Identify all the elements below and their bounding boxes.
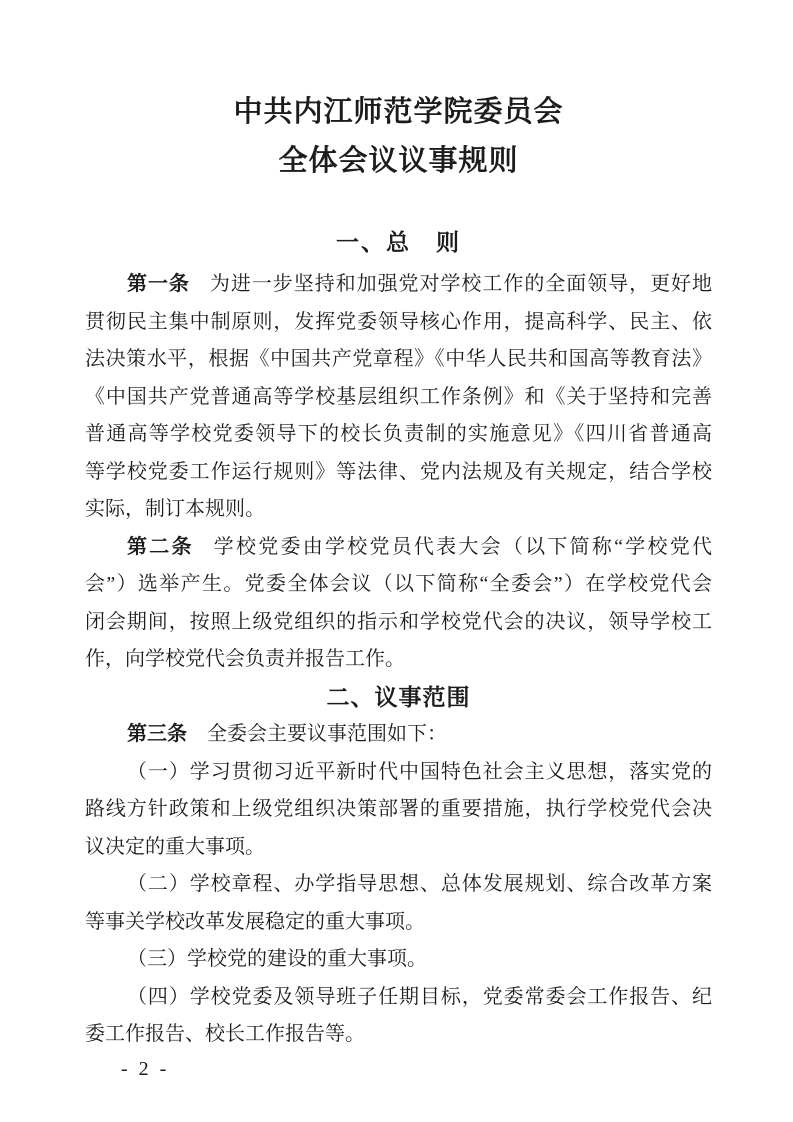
list-item-3-line-1: （三）学校党的建设的重大事项。 [85, 941, 712, 979]
article-1-number: 第一条 [127, 273, 190, 295]
article-3-number: 第三条 [127, 723, 187, 745]
article-3-first-text: 全委会主要议事范围如下： [207, 723, 447, 745]
list-item-1-line-2: 路线方针政策和上级党组织决策部署的重要措施，执行学校党代会决 [85, 791, 712, 829]
article-2-line-1: 第二条学校党委由学校党员代表大会（以下简称“学校党代 [85, 529, 712, 567]
section-heading-general-provisions: 一、总 则 [85, 229, 712, 255]
article-1-first-text: 为进一步坚持和加强党对学校工作的全面领导，更好地 [210, 273, 712, 295]
document-title: 中共内江师范学院委员会 全体会议议事规则 [85, 88, 712, 186]
list-item-1-line-1: （一）学习贯彻习近平新时代中国特色社会主义思想，落实党的 [85, 754, 712, 792]
title-line-1: 中共内江师范学院委员会 [85, 88, 712, 137]
article-1-line-6: 等学校党委工作运行规则》等法律、党内法规及有关规定，结合学校 [85, 454, 712, 492]
document-body: 第一条为进一步坚持和加强党对学校工作的全面领导，更好地 贯彻民主集中制原则，发挥… [85, 266, 712, 1054]
page-number: - 2 - [121, 1058, 712, 1081]
article-2-line-2: 会”）选举产生。党委全体会议（以下简称“全委会”）在学校党代会 [85, 566, 712, 604]
title-line-2: 全体会议议事规则 [85, 137, 712, 186]
article-1-line-5: 普通高等学校党委领导下的校长负责制的实施意见》《四川省普通高 [85, 416, 712, 454]
article-1-line-4: 《中国共产党普通高等学校基层组织工作条例》和《关于坚持和完善 [85, 379, 712, 417]
article-1-line-1: 第一条为进一步坚持和加强党对学校工作的全面领导，更好地 [85, 266, 712, 304]
list-item-4-line-2: 委工作报告、校长工作报告等。 [85, 1016, 712, 1054]
list-item-4-line-1: （四）学校党委及领导班子任期目标，党委常委会工作报告、纪 [85, 979, 712, 1017]
document-page: 中共内江师范学院委员会 全体会议议事规则 一、总 则 第一条为进一步坚持和加强党… [0, 0, 793, 1122]
article-3-line-1: 第三条全委会主要议事范围如下： [85, 716, 712, 754]
article-2-first-text: 学校党委由学校党员代表大会（以下简称“学校党代 [214, 536, 712, 558]
list-item-1-line-3: 议决定的重大事项。 [85, 829, 712, 867]
article-1-line-2: 贯彻民主集中制原则，发挥党委领导核心作用，提高科学、民主、依 [85, 304, 712, 342]
section-heading-scope-of-deliberation: 二、议事范围 [85, 679, 712, 717]
article-2-line-3: 闭会期间，按照上级党组织的指示和学校党代会的决议，领导学校工 [85, 604, 712, 642]
article-1-line-7: 实际，制订本规则。 [85, 491, 712, 529]
article-2-line-4: 作，向学校党代会负责并报告工作。 [85, 641, 712, 679]
list-item-2-line-2: 等事关学校改革发展稳定的重大事项。 [85, 904, 712, 942]
article-1-line-3: 法决策水平，根据《中国共产党章程》《中华人民共和国高等教育法》 [85, 341, 712, 379]
article-2-number: 第二条 [127, 536, 194, 558]
list-item-2-line-1: （二）学校章程、办学指导思想、总体发展规划、综合改革方案 [85, 866, 712, 904]
